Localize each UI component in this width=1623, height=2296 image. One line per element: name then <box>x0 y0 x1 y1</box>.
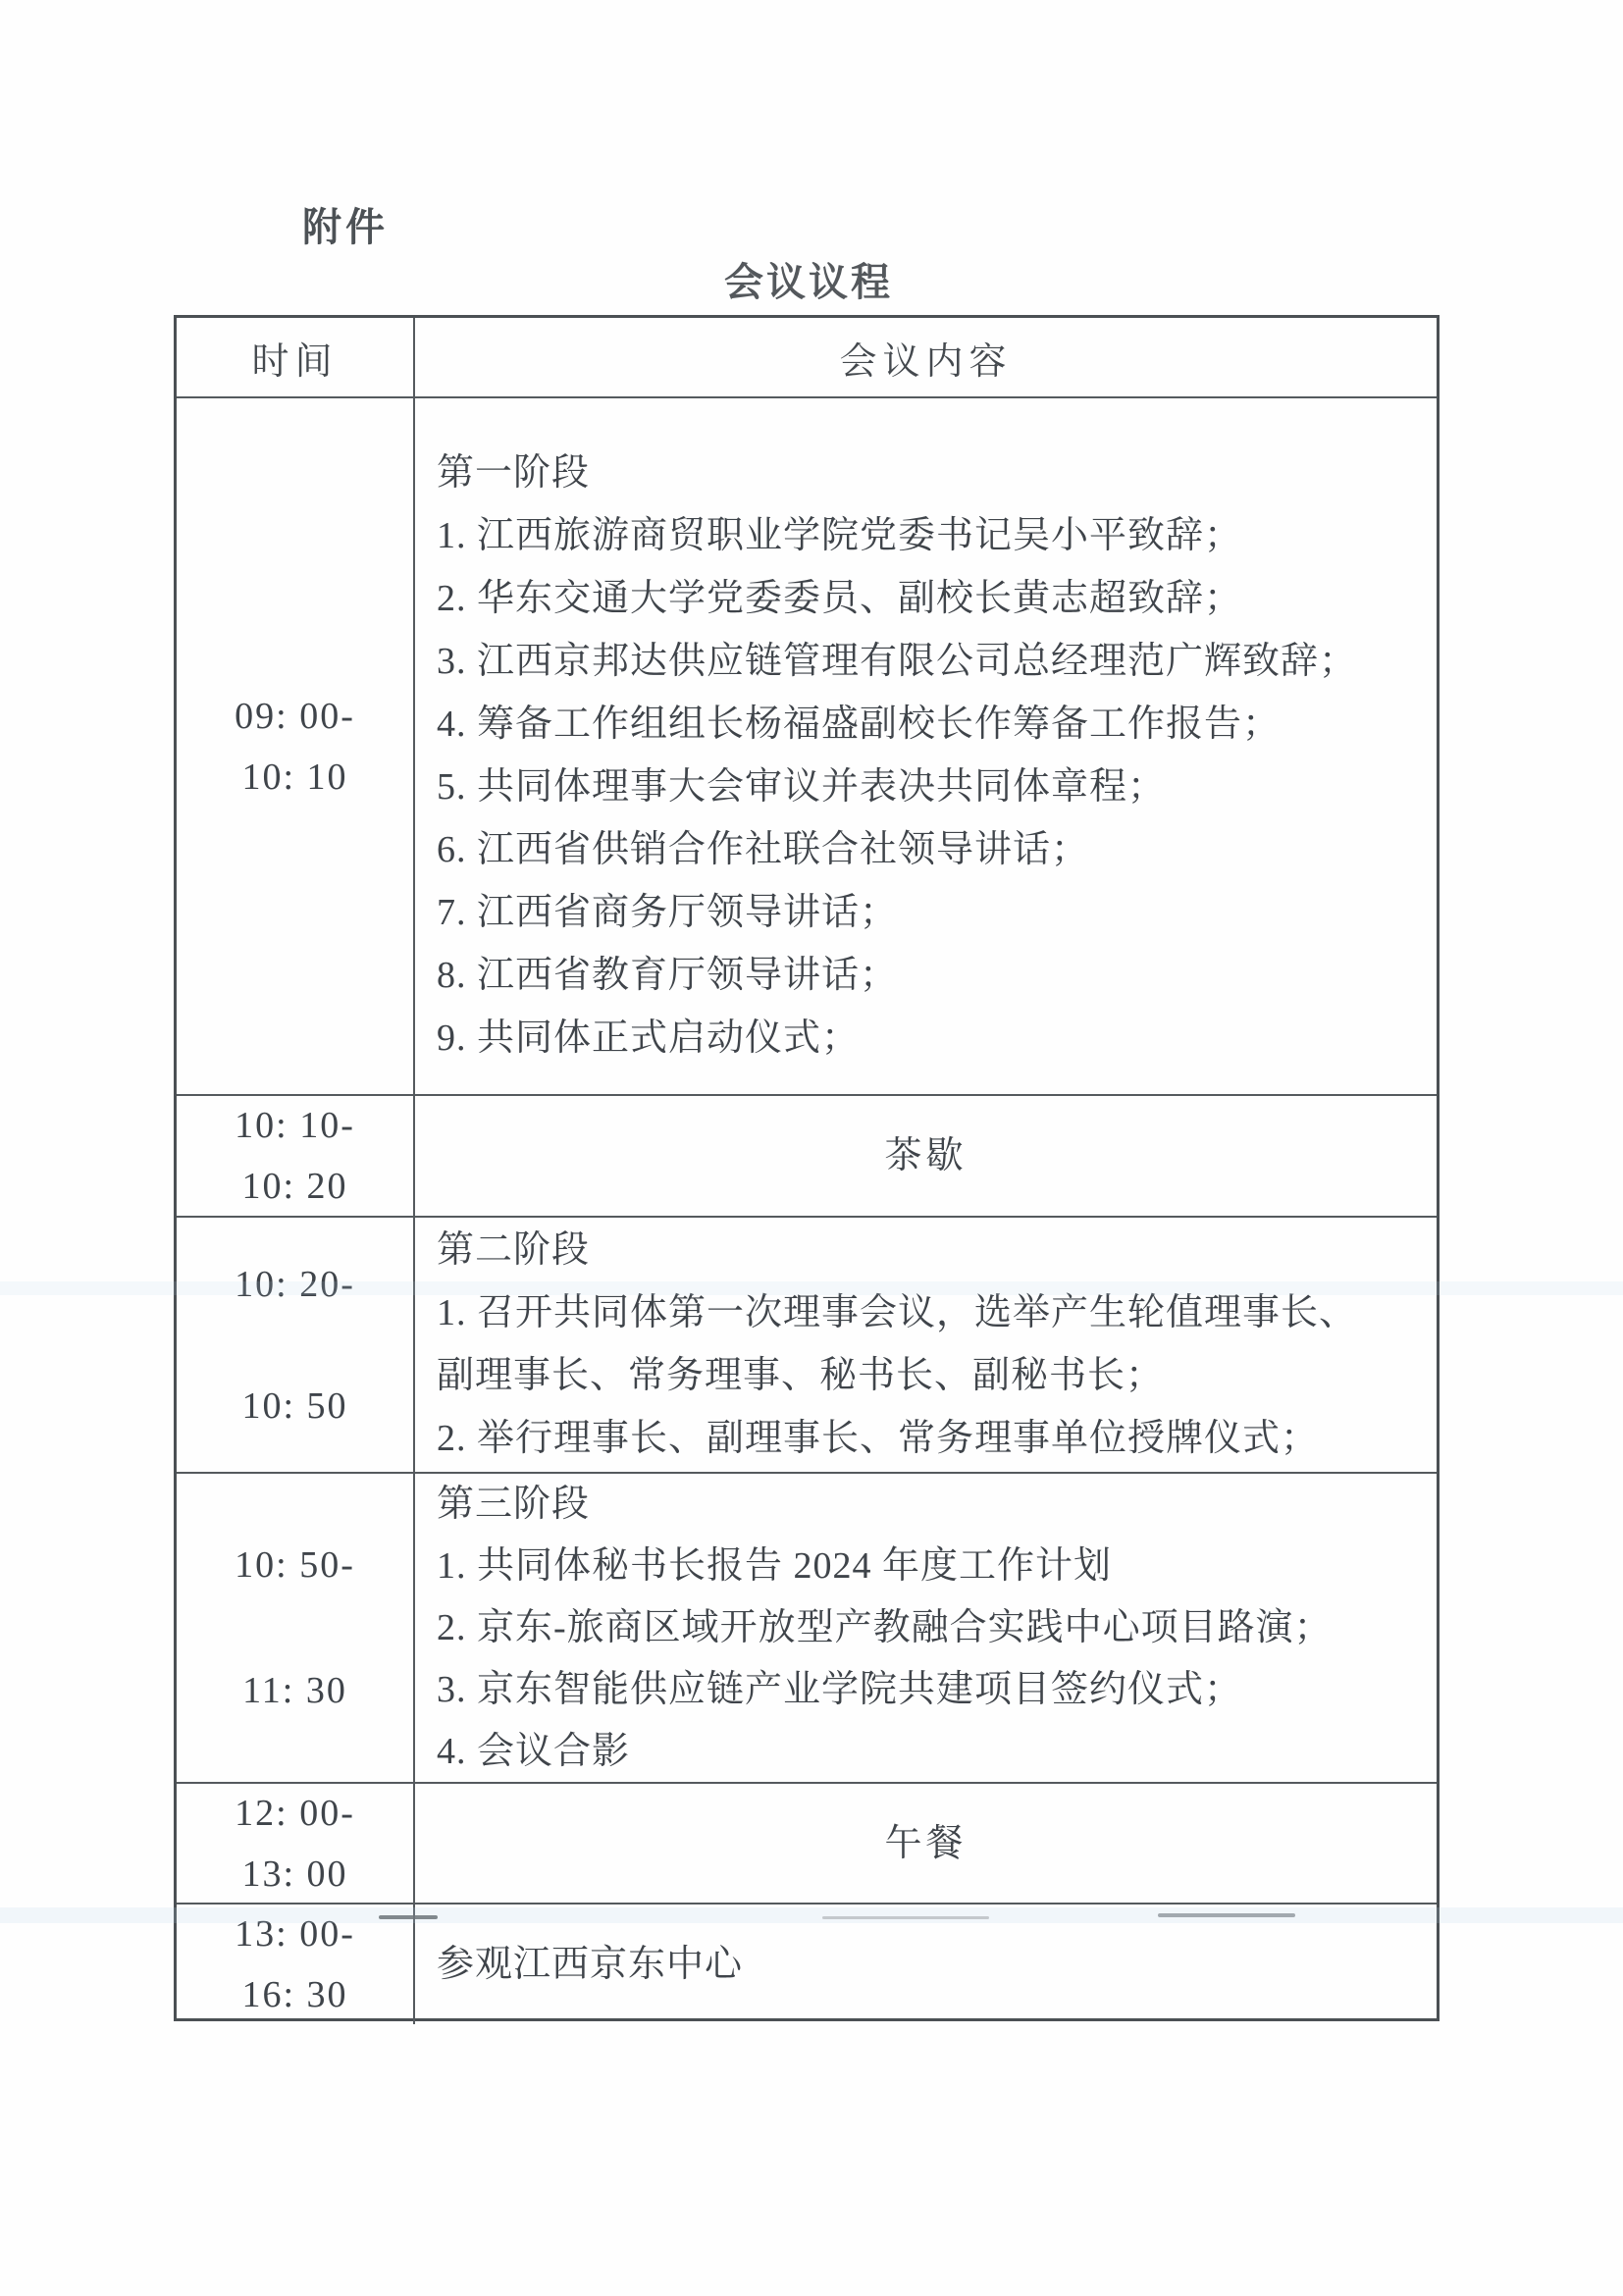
agenda-item: 5. 共同体理事大会审议并表决共同体章程； <box>437 756 1437 818</box>
table-row-content: 第一阶段 1. 江西旅游商贸职业学院党委书记吴小平致辞； 2. 华东交通大学党委… <box>415 396 1437 1094</box>
agenda-table: 时间 会议内容 09: 00- 10: 10 第一阶段 1. 江西旅游商贸职业学… <box>174 315 1440 2021</box>
agenda-item: 2. 华东交通大学党委委员、副校长黄志超致辞； <box>437 567 1437 630</box>
agenda-item: 2. 举行理事长、副理事长、常务理事单位授牌仪式； <box>437 1407 1437 1470</box>
table-row-time: 13: 00- 16: 30 <box>177 1903 415 2024</box>
table-row-content: 参观江西京东中心 <box>415 1903 1437 2024</box>
time-line: 10: 50- <box>235 1535 355 1595</box>
time-line: 10: 10 <box>241 747 347 808</box>
table-row-time: 10: 10- 10: 20 <box>177 1094 415 1216</box>
time-line: 11: 30 <box>242 1660 347 1721</box>
table-row-time: 09: 00- 10: 10 <box>177 396 415 1094</box>
time-line: 10: 20- <box>235 1254 355 1315</box>
time-line: 16: 30 <box>241 1964 347 2024</box>
table-row-content: 第二阶段 1. 召开共同体第一次理事会议，选举产生轮值理事长、 副理事长、常务理… <box>415 1216 1437 1472</box>
time-line: 12: 00- <box>235 1783 355 1844</box>
agenda-item: 2. 京东-旅商区域开放型产教融合实践中心项目路演； <box>437 1597 1437 1659</box>
agenda-item: 1. 共同体秘书长报告 2024 年度工作计划 <box>437 1536 1437 1597</box>
time-line: 13: 00 <box>241 1844 347 1904</box>
table-header-time: 时间 <box>177 318 415 396</box>
agenda-item: 8. 江西省教育厅领导讲话； <box>437 944 1437 1007</box>
scanned-document-page: 附件 会议议程 时间 会议内容 09: 00- 10: 10 第一阶段 1. 江… <box>0 0 1623 2296</box>
table-row-content: 茶歇 <box>415 1094 1437 1216</box>
agenda-item: 4. 筹备工作组组长杨福盛副校长作筹备工作报告； <box>437 693 1437 756</box>
agenda-item: 9. 共同体正式启动仪式； <box>437 1007 1437 1070</box>
agenda-item: 副理事长、常务理事、秘书长、副秘书长； <box>437 1344 1437 1407</box>
page-title: 会议议程 <box>724 251 893 307</box>
agenda-item: 1. 江西旅游商贸职业学院党委书记吴小平致辞； <box>437 504 1437 567</box>
table-row-time: 10: 50- 11: 30 <box>177 1472 415 1782</box>
time-line: 09: 00- <box>235 686 355 747</box>
agenda-item: 7. 江西省商务厅领导讲话； <box>437 881 1437 944</box>
agenda-item: 3. 京东智能供应链产业学院共建项目签约仪式； <box>437 1659 1437 1721</box>
agenda-phase-title: 第二阶段 <box>437 1219 1437 1281</box>
agenda-item: 4. 会议合影 <box>437 1721 1437 1782</box>
time-line: 10: 10- <box>235 1095 355 1156</box>
table-header-content: 会议内容 <box>415 318 1437 396</box>
time-line: 10: 20 <box>241 1156 347 1216</box>
agenda-phase-title: 第一阶段 <box>437 442 1437 504</box>
attachment-label: 附件 <box>302 196 389 252</box>
agenda-item: 1. 召开共同体第一次理事会议，选举产生轮值理事长、 <box>437 1281 1437 1344</box>
table-row-content: 午餐 <box>415 1782 1437 1903</box>
agenda-item: 3. 江西京邦达供应链管理有限公司总经理范广辉致辞； <box>437 630 1437 693</box>
table-row-content: 第三阶段 1. 共同体秘书长报告 2024 年度工作计划 2. 京东-旅商区域开… <box>415 1472 1437 1782</box>
time-line: 13: 00- <box>235 1904 355 1964</box>
table-row-time: 10: 20- 10: 50 <box>177 1216 415 1472</box>
agenda-phase-title: 第三阶段 <box>437 1474 1437 1536</box>
agenda-item: 6. 江西省供销合作社联合社领导讲话； <box>437 818 1437 881</box>
agenda-item: 午餐 <box>884 1812 967 1875</box>
table-row-time: 12: 00- 13: 00 <box>177 1782 415 1903</box>
time-line: 10: 50 <box>241 1376 347 1436</box>
agenda-item: 参观江西京东中心 <box>437 1933 743 1996</box>
agenda-item: 茶歇 <box>884 1124 967 1187</box>
